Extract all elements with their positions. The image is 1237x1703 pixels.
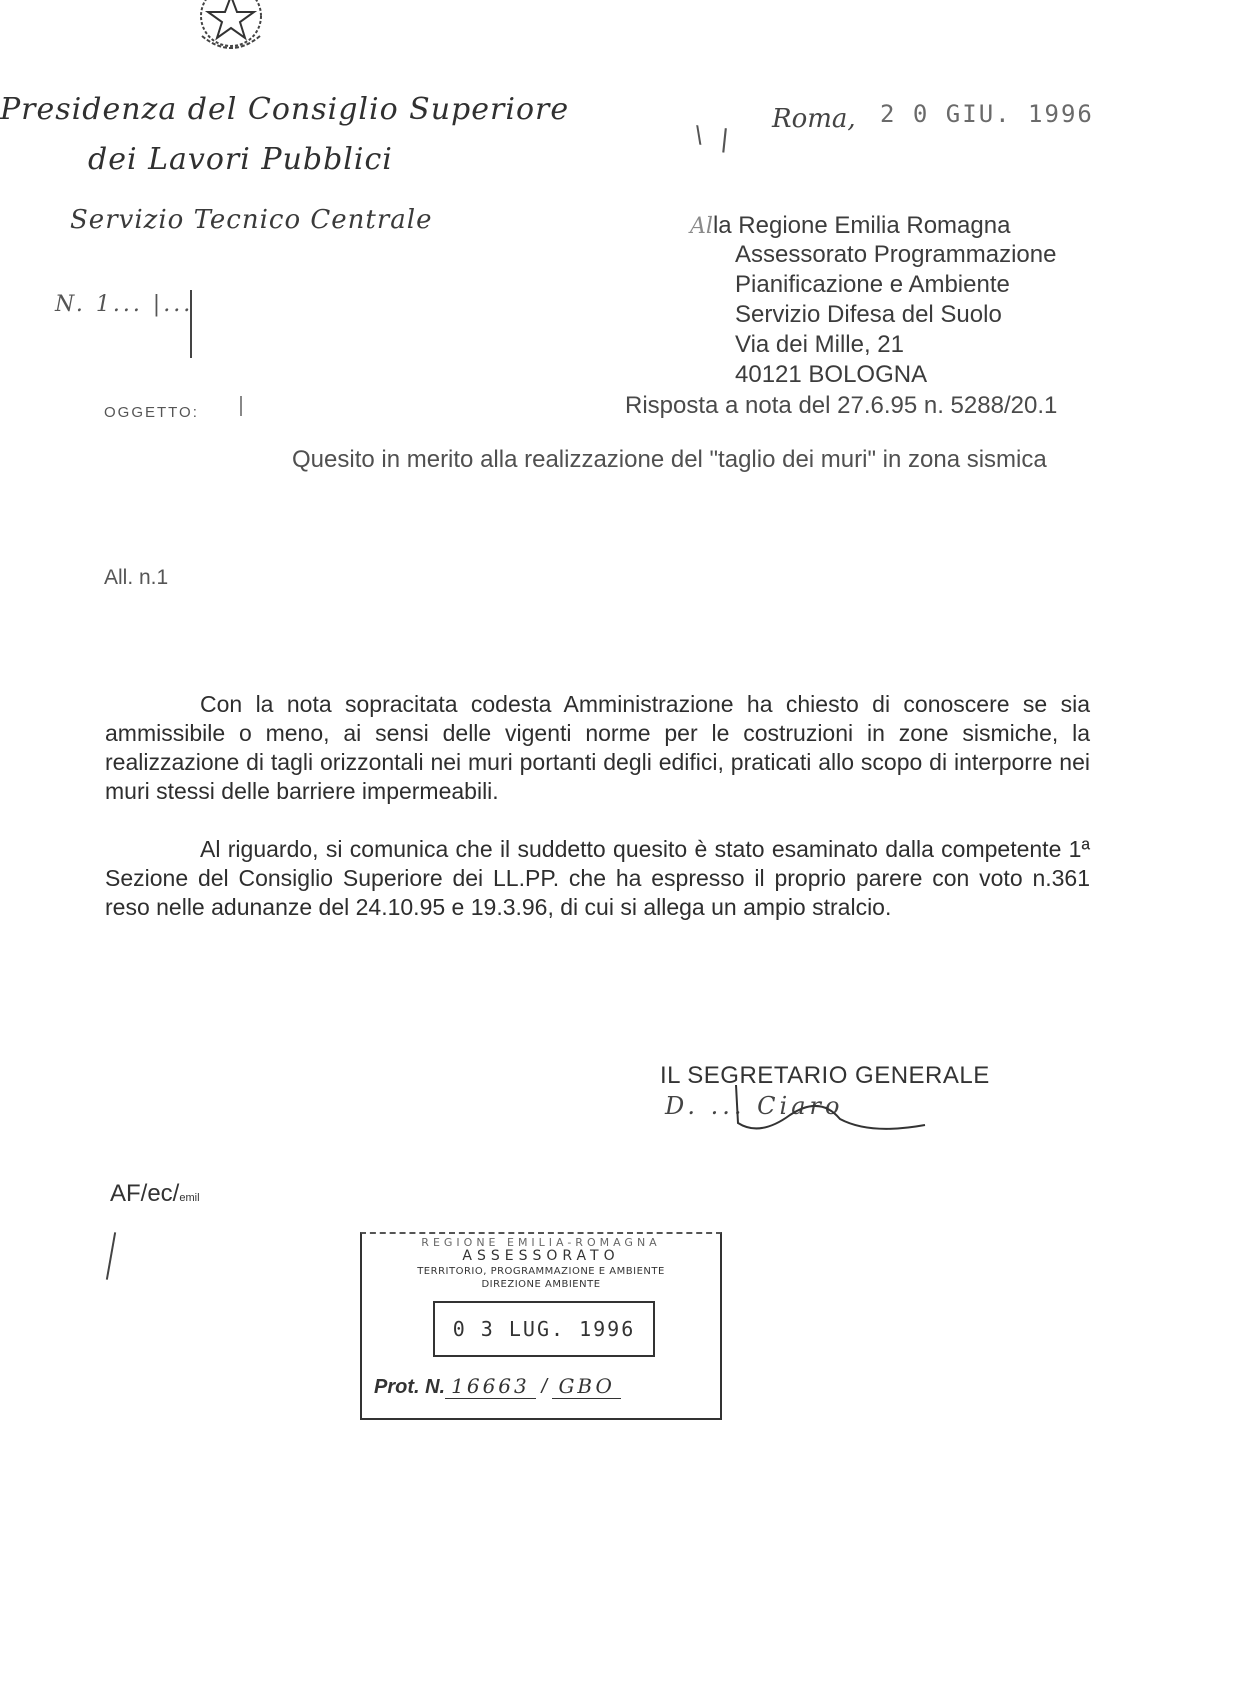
recipient-line-2: Assessorato Programmazione	[735, 241, 1056, 269]
initials-stroke	[106, 1232, 116, 1280]
recipient-line-4: Servizio Difesa del Suolo	[735, 301, 1002, 329]
attachments-note: All. n.1	[104, 566, 168, 590]
margin-marks: \ |	[693, 120, 735, 155]
stamp-office: ASSESSORATO	[362, 1248, 720, 1264]
stamp-direction: DIREZIONE AMBIENTE	[362, 1279, 720, 1290]
stamp-date: 0 3 LUG. 1996	[433, 1301, 655, 1357]
recipient-line-6: 40121 BOLOGNA	[735, 361, 927, 389]
protocol-handwriting: N. 1... |...	[55, 292, 193, 317]
body-paragraph-2: Al riguardo, si comunica che il suddetto…	[105, 835, 1090, 922]
recipient-line-5: Via dei Mille, 21	[735, 331, 904, 359]
protocol-number: 16663	[445, 1374, 536, 1399]
letterhead-line-1: Presidenza del Consiglio Superiore	[0, 92, 569, 127]
subject-mark	[240, 396, 242, 416]
reference-initials: AF/ec/emil	[110, 1180, 200, 1208]
recipient-line-1: Alla Regione Emilia Romagna	[690, 212, 1010, 240]
signature-stroke-icon	[730, 1085, 930, 1135]
body-paragraph-1: Con la nota sopracitata codesta Amminist…	[105, 690, 1090, 806]
date-stamp: 2 0 GIU. 1996	[880, 100, 1094, 128]
protocol-code: GBO	[552, 1374, 620, 1399]
republic-emblem-icon	[188, 0, 274, 56]
recipient-prefix: Al	[690, 214, 713, 239]
received-stamp: REGIONE EMILIA-ROMAGNA ASSESSORATO TERRI…	[360, 1232, 722, 1420]
subject-text: Quesito in merito alla realizzazione del…	[292, 446, 1112, 474]
protocol-divider	[190, 290, 192, 358]
letterhead-line-2: dei Lavori Pubblici	[88, 142, 393, 177]
recipient-line-3: Pianificazione e Ambiente	[735, 271, 1010, 299]
letterhead-line-3: Servizio Tecnico Centrale	[70, 205, 432, 235]
place-label: Roma,	[772, 104, 856, 134]
subject-label: OGGETTO:	[104, 404, 199, 421]
stamp-department: TERRITORIO, PROGRAMMAZIONE E AMBIENTE	[362, 1266, 720, 1277]
reply-reference: Risposta a nota del 27.6.95 n. 5288/20.1	[625, 392, 1057, 420]
stamp-protocol: Prot. N.16663 / GBO	[374, 1374, 621, 1399]
